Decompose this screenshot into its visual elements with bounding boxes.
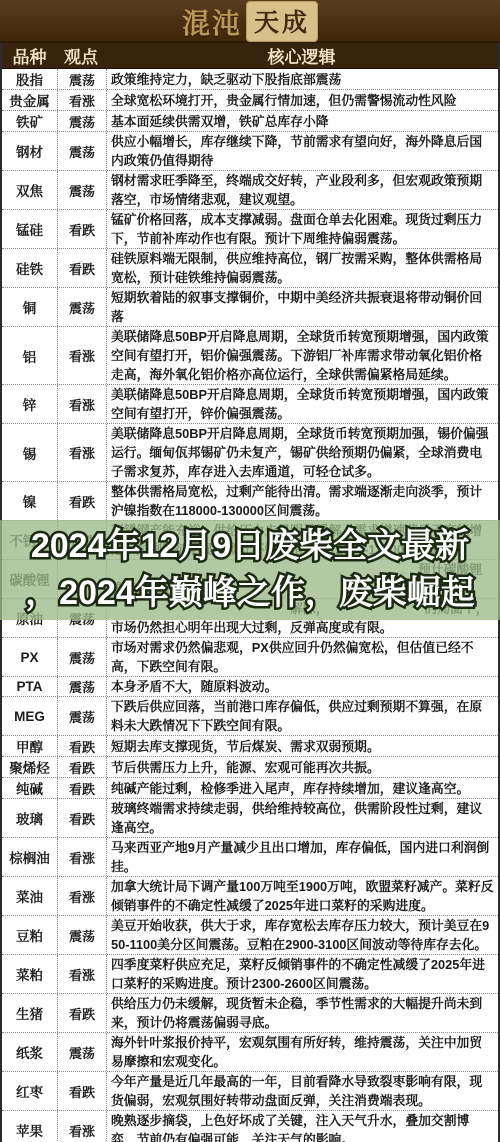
view-cell: 看跌 [58,994,107,1032]
core-logic-cell: 节后供需压力上升，能源、宏观可能再次共振。 [107,757,498,777]
variety-cell: 苹果 [2,1111,58,1142]
view-cell: 震荡 [58,697,107,735]
view-cell: 震荡 [58,638,107,676]
table-row: 镍看跌整体供需格局宽松，过剩产能待出清。需求端逐渐走向淡季，预计沪镍指数在118… [2,482,498,521]
table-row: 甲醇看跌短期去库支撑现货，节后煤炭、需求双弱预期。 [2,736,498,757]
variety-cell: 菜粕 [2,955,58,993]
table-row: 原油震荡 解除， 的局面下，市场仍然担心明年出现大过剩，反弹高度或有限。 [2,599,498,638]
variety-cell: 生猪 [2,994,58,1032]
core-logic-cell: 下跌后供应回落，当前港口库存偏低，供应过剩预期不算强，在原料未大跌情况下下跌空间… [107,697,498,735]
table-row: 聚烯烃看跌节后供需压力上升，能源、宏观可能再次共振。 [2,757,498,778]
variety-cell: 原油 [2,599,58,637]
view-cell: 看跌 [58,799,107,837]
core-logic-cell: 美联储降息50BP开启降息周期，全球货币转宽预期加强，锡价偏强运行。缅甸佤邦锡矿… [107,424,498,481]
table-row: 玻璃看跌玻璃终端需求持续走弱，供给维持较高位，供需阶段性过剩，建议逢高空。 [2,799,498,838]
view-cell: 看涨 [58,385,107,423]
variety-cell: 双焦 [2,171,58,209]
core-logic-cell: 四季度菜籽供应充足，菜籽反倾销事件的不确定性减缓了2025年进口菜籽的采购进度。… [107,955,498,993]
variety-cell: 碳酸锂 [2,560,58,598]
table-row: 双焦震荡钢材需求旺季降至，终端成交好转，产业段利多，但宏观政策预期落空，市场情绪… [2,171,498,210]
view-cell: 震荡 [58,916,107,954]
variety-cell: 钢材 [2,132,58,170]
core-logic-cell: 政策维持定力，缺乏驱动下股指底部震荡 [107,69,498,89]
variety-cell: 纸浆 [2,1033,58,1071]
core-logic-cell: 纯碱产能过剩，检修季进入尾声，库存持续增加，建议逢高空。 [107,778,498,798]
view-cell: 看涨 [58,90,107,110]
view-cell: 看涨 [58,877,107,915]
variety-cell: 红枣 [2,1072,58,1110]
variety-cell: 甲醇 [2,736,58,756]
variety-cell: 贵金属 [2,90,58,110]
table-row: 菜粕看涨四季度菜籽供应充足，菜籽反倾销事件的不确定性减缓了2025年进口菜籽的采… [2,955,498,994]
view-cell: 看涨 [58,327,107,384]
variety-cell: 豆粕 [2,916,58,954]
variety-cell: 硅铁 [2,249,58,287]
table-row: 红枣看跌今年产量是近几年最高的一年，目前看降水导致裂枣影响有限，现货偏弱，宏观氛… [2,1072,498,1111]
table-row: 棕榈油看涨马来西亚产地9月产量减少且出口增加，库存偏低，国内进口利润倒挂。 [2,838,498,877]
core-logic-cell: 钢材需求旺季降至，终端成交好转，产业段利多，但宏观政策预期落空，市场情绪悲观，建… [107,171,498,209]
core-logic-cell: 美豆开始收获，供大于求，库存宽松去库存压力较大，预计美豆在950-1100美分区… [107,916,498,954]
table-row: 股指震荡政策维持定力，缺乏驱动下股指底部震荡 [2,69,498,90]
view-cell: 看涨 [58,838,107,876]
core-logic-cell: 供给压力仍未缓解，现货暂未企稳，季节性需求的大幅提升尚未到来，预计仍将震荡偏弱寻… [107,994,498,1032]
table-row: 锰硅看跌锰矿价格回落，成本支撑减弱。盘面仓单去化困难。现货过剩压力下，节前补库动… [2,210,498,249]
view-cell: 震荡 [58,132,107,170]
core-logic-cell: 美联储降息50BP开启降息周期，全球货币转宽预期增强，国内政策空间有望打开，铝价… [107,327,498,384]
core-logic-cell: 晚熟逐步摘袋，上色好坏成了关键，注入天气升水，叠加交割博弈，节前仍有偏强可能，关… [107,1111,498,1142]
core-logic-cell: 整体供需格局宽松，过剩产能待出清。需求端逐渐走向淡季，预计沪镍指数在118000… [107,482,498,520]
core-logic-cell: 本身矛盾不大，随原料波动。 [107,677,498,696]
view-cell: 震荡 [58,677,107,696]
variety-cell: 锰硅 [2,210,58,248]
core-logic-cell: 基本面延续供需双增，铁矿总库存小降 [107,111,498,131]
variety-cell: 菜油 [2,877,58,915]
core-logic-cell: 不锈钢产能充裕，供给压力未见明显缓解，需求增速落后于产能增速，过剩特征明显。预计… [107,521,498,559]
table-row: 生猪看跌供给压力仍未缓解，现货暂未企稳，季节性需求的大幅提升尚未到来，预计仍将震… [2,994,498,1033]
core-logic-cell: 短期软着陆的叙事支撑铜价，中期中美经济共振衰退将带动铜价回落 [107,288,498,326]
view-cell: 看跌 [58,1072,107,1110]
view-cell: 震荡 [58,599,107,637]
variety-cell: 镍 [2,482,58,520]
variety-cell: 股指 [2,69,58,89]
view-cell: 看跌 [58,482,107,520]
variety-cell: 铝 [2,327,58,384]
core-logic-cell: 锰矿价格回落，成本支撑减弱。盘面仓单去化困难。现货过剩压力下，节前补库动作也有限… [107,210,498,248]
variety-cell: 锡 [2,424,58,481]
table-row: 锌看涨美联储降息50BP开启降息周期，全球货币转宽预期增强，国内政策空间有望打开… [2,385,498,424]
view-cell: 看跌 [58,210,107,248]
brand-logo-badge: 天成 [246,1,318,42]
variety-cell: 铁矿 [2,111,58,131]
variety-cell: 纯碱 [2,778,58,798]
core-logic-cell: 玻璃终端需求持续走弱，供给维持较高位，供需阶段性过剩，建议逢高空。 [107,799,498,837]
core-logic-cell: 今年产量是近几年最高的一年，目前看降水导致裂枣影响有限，现货偏弱，宏观氛围好转带… [107,1072,498,1110]
table-row: 菜油看涨加拿大统计局下调产量100万吨至1900万吨，欧盟菜籽减产。菜籽反倾销事… [2,877,498,916]
core-logic-cell: 海外针叶浆报价持平，宏观氛围有所好转，维持震荡，关注中加贸易摩擦和宏观变化。 [107,1033,498,1071]
core-logic-cell: 供应小幅增长，库存继续下降，节前需求有望向好，海外降息后国内政策仍值得期待 [107,132,498,170]
header-view: 观点 [57,43,105,68]
variety-cell: 锌 [2,385,58,423]
table-header-row: 品种 观点 核心逻辑 [2,43,498,69]
table-row: 纸浆震荡海外针叶浆报价持平，宏观氛围有所好转，维持震荡，关注中加贸易摩擦和宏观变… [2,1033,498,1072]
table-row: 铝看涨美联储降息50BP开启降息周期，全球货币转宽预期增强，国内政策空间有望打开… [2,327,498,385]
view-cell: 看涨 [58,1111,107,1142]
table-row: 苹果看涨晚熟逐步摘袋，上色好坏成了关键，注入天气升水，叠加交割博弈，节前仍有偏强… [2,1111,498,1142]
brand-logo-text: 混沌 [182,2,242,42]
variety-cell: 棕榈油 [2,838,58,876]
view-cell: 震荡 [58,1033,107,1071]
view-cell: 震荡 [58,171,107,209]
core-logic-cell: 硅铁原料端无限制，供应维持高位，钢厂按需采购，整体供需格局宽松，预计硅铁维持偏弱… [107,249,498,287]
brand-banner: 混沌 天成 [0,0,500,43]
core-logic-cell: 市场对需求仍然偏悲观，PX供应回升仍然偏宽松，但估值已经不高，下跌空间有限。 [107,638,498,676]
view-cell: 看跌 [58,778,107,798]
variety-cell: PX [2,638,58,676]
table-row: 纯碱看跌纯碱产能过剩，检修季进入尾声，库存持续增加，建议逢高空。 [2,778,498,799]
view-cell: 看跌 [58,757,107,777]
core-logic-cell: 解除， 的局面下，市场仍然担心明年出现大过剩，反弹高度或有限。 [107,599,498,637]
table-row: 硅铁看跌硅铁原料端无限制，供应维持高位，钢厂按需采购，整体供需格局宽松，预计硅铁… [2,249,498,288]
table-row: 不锈钢看跌不锈钢产能充裕，供给压力未见明显缓解，需求增速落后于产能增速，过剩特征… [2,521,498,560]
view-cell: 看涨 [58,955,107,993]
variety-cell: 不锈钢 [2,521,58,559]
core-logic-cell: 预计碳酸锂维持震荡寻底趋势。 [107,560,498,598]
view-cell [58,560,107,598]
view-cell: 震荡 [58,69,107,89]
table-row: MEG震荡下跌后供应回落，当前港口库存偏低，供应过剩预期不算强，在原料未大跌情况… [2,697,498,736]
table-row: 锡看涨美联储降息50BP开启降息周期，全球货币转宽预期加强，锡价偏强运行。缅甸佤… [2,424,498,482]
table-row: PTA震荡本身矛盾不大，随原料波动。 [2,677,498,697]
core-logic-cell: 马来西亚产地9月产量减少且出口增加，库存偏低，国内进口利润倒挂。 [107,838,498,876]
view-cell: 震荡 [58,111,107,131]
header-core-logic: 核心逻辑 [105,43,498,68]
table-row: 钢材震荡供应小幅增长，库存继续下降，节前需求有望向好，海外降息后国内政策仍值得期… [2,132,498,171]
table-row: 铁矿震荡基本面延续供需双增，铁矿总库存小降 [2,111,498,132]
view-cell: 看跌 [58,521,107,559]
table-row: 碳酸锂 预计碳酸锂维持震荡寻底趋势。 [2,560,498,599]
core-logic-cell: 加拿大统计局下调产量100万吨至1900万吨，欧盟菜籽减产。菜籽反倾销事件的不确… [107,877,498,915]
table-row: 贵金属看涨全球宽松环境打开，贵金属行情加速，但仍需警惕流动性风险 [2,90,498,111]
table-row: 豆粕震荡美豆开始收获，供大于求，库存宽松去库存压力较大，预计美豆在950-110… [2,916,498,955]
variety-cell: MEG [2,697,58,735]
table-row: PX震荡市场对需求仍然偏悲观，PX供应回升仍然偏宽松，但估值已经不高，下跌空间有… [2,638,498,677]
core-logic-cell: 全球宽松环境打开，贵金属行情加速，但仍需警惕流动性风险 [107,90,498,110]
variety-cell: 铜 [2,288,58,326]
variety-cell: PTA [2,677,58,696]
table-row: 铜震荡短期软着陆的叙事支撑铜价，中期中美经济共振衰退将带动铜价回落 [2,288,498,327]
core-logic-cell: 美联储降息50BP开启降息周期，全球货币转宽预期增强，国内政策空间有望打开，锌价… [107,385,498,423]
table-body: 股指震荡政策维持定力，缺乏驱动下股指底部震荡贵金属看涨全球宽松环境打开，贵金属行… [2,69,498,1142]
variety-cell: 聚烯烃 [2,757,58,777]
variety-cell: 玻璃 [2,799,58,837]
view-cell: 看跌 [58,249,107,287]
report-page: 混沌 天成 品种 观点 核心逻辑 股指震荡政策维持定力，缺乏驱动下股指底部震荡贵… [0,0,500,1142]
core-logic-cell: 短期去库支撑现货，节后煤炭、需求双弱预期。 [107,736,498,756]
header-variety: 品种 [2,43,57,68]
view-cell: 看涨 [58,424,107,481]
view-cell: 看跌 [58,736,107,756]
view-cell: 震荡 [58,288,107,326]
commodity-outlook-table: 品种 观点 核心逻辑 股指震荡政策维持定力，缺乏驱动下股指底部震荡贵金属看涨全球… [0,43,500,1142]
